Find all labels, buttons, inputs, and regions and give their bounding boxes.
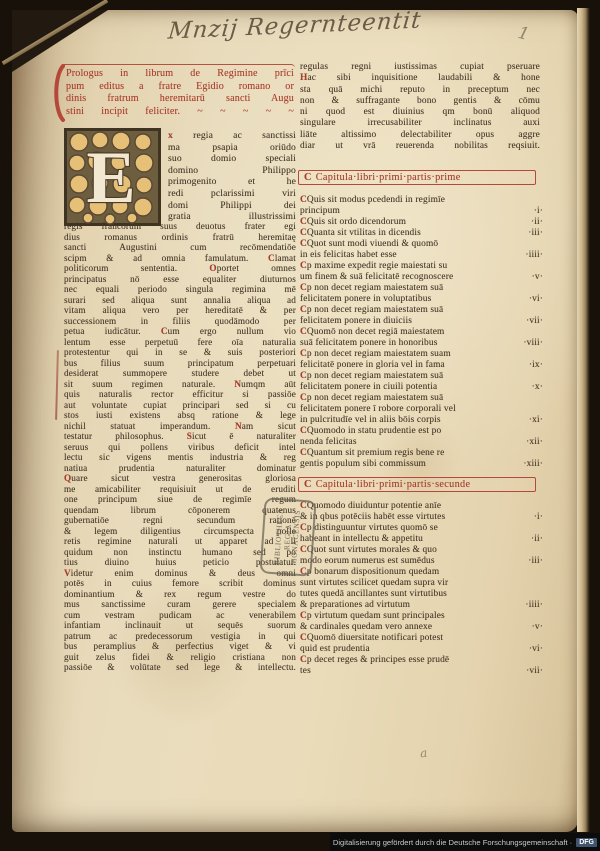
- text-line: Quare sicut vestra generositas gloriosa: [64, 473, 296, 484]
- chapter-entry-line: & preparationes ad virtutum·iiii·: [300, 600, 543, 611]
- chapter-text: Cp distinguuntur virtutes quomō se: [300, 523, 438, 534]
- text-line: lentum esse perpetuū fere oīa naturalia: [64, 337, 296, 348]
- chapter-numeral: ·xii·: [526, 437, 543, 448]
- chapter-entry-line: Cp maxime expedit regie maiestati su: [300, 261, 543, 272]
- page-fore-edge: [577, 8, 590, 832]
- text-line: quis naturalis rector efficitur si passi…: [64, 389, 296, 400]
- chapter-entry-line: felicitatem ponere in diuiciis·vii·: [300, 316, 543, 327]
- text-line: successionem in filiis quodāmodo per: [64, 316, 296, 327]
- chapter-text: gentis populum sibi commissum: [300, 459, 426, 470]
- chapter-text: principum: [300, 206, 340, 217]
- chapter-numeral: ·ii·: [531, 217, 543, 228]
- library-stamp: BIBLIOTHECA REGIA MONACENSIS: [259, 497, 316, 576]
- chapter-text: Cp virtutum quedam sunt principales: [300, 611, 445, 622]
- chapter-numeral: ·ix·: [529, 360, 543, 371]
- chapter-entry-line: & cardinales quedam vero annexe·v·: [300, 622, 543, 633]
- chapter-entry-line: felicitatem ponere in ciuili potentia·x·: [300, 382, 543, 393]
- chapter-entry-line: in eis felicitas habet esse·iiii·: [300, 250, 543, 261]
- chapter-numeral: ·i·: [534, 512, 543, 523]
- text-line: mus sanctissime curam gerere specialem: [64, 599, 296, 610]
- chapter-text: felicitatem ponere in ciuili potentia: [300, 382, 437, 393]
- chapter-list-part-1: CQuis sit modus pcedendi in regimīeprinc…: [300, 195, 543, 470]
- text-line: dinis fratrum heremitarū sancti Augu: [66, 93, 294, 106]
- chapter-text: CQuomō diuersitate notificari potest: [300, 633, 443, 644]
- chapter-entry-line: CQuanta sit vtilitas in dicendis·iii·: [300, 228, 543, 239]
- chapter-entry-line: Cp bonarum dispositionum quedam: [300, 567, 543, 578]
- stamp-line: MONACENSIS: [290, 510, 302, 566]
- chapter-text: tutes quedā ancillantes sunt virtutibus: [300, 589, 447, 600]
- chapter-entry-line: felicitatē ponere in gloria vel in fama·…: [300, 360, 543, 371]
- chapter-text: & in qbus potēciis habēt esse virtutes: [300, 512, 445, 523]
- chapter-text: suā felicitatem ponere in honoribus: [300, 338, 438, 349]
- text-line: bus filius suum principatum perpetuari: [64, 358, 296, 369]
- capitula-heading-1: C Capitula·libri·primi·partis·prime: [298, 170, 536, 185]
- chapter-text: CQuomodo in statu prudentie est po: [300, 426, 441, 437]
- text-line: scipm & ad omnia famulatum. Clamat: [64, 253, 296, 264]
- chapter-numeral: ·xi·: [529, 415, 543, 426]
- chapter-text: CQuomō non decet regiā maiestatem: [300, 327, 445, 338]
- text-line: guit zelus fidei & religio cristiana non: [64, 652, 296, 663]
- chapter-text: CQuis sit ordo dicendorum: [300, 217, 406, 228]
- chapter-text: & cardinales quedam vero annexe: [300, 622, 432, 633]
- initial-letter-glyph: E: [86, 137, 135, 219]
- rubric-bracket-icon: [52, 64, 66, 122]
- chapter-text: um finem & suā felicitatē recognoscere: [300, 272, 453, 283]
- chapter-text: CQuantum sit premium regis bene re: [300, 448, 444, 459]
- chapter-entry-line: CQuomodo diuiduntur potentie anīe: [300, 501, 543, 512]
- chapter-entry-line: habeant in intellectu & appetitu·ii·: [300, 534, 543, 545]
- text-line: me amicabiliter requisiuit ut de eruditi: [64, 484, 296, 495]
- text-line: ni quod est diuinius qm bonū aliquod: [300, 107, 540, 118]
- chapter-entry-line: suā felicitatem ponere in honoribus·viii…: [300, 338, 543, 349]
- text-line: liāte altissimo delectabiliter opus aggr…: [300, 130, 540, 141]
- chapter-text: CQuanta sit vtilitas in dicendis: [300, 228, 421, 239]
- chapter-numeral: ·vii·: [526, 316, 543, 327]
- chapter-entry-line: Cp non decet regiam maiestatem suā: [300, 371, 543, 382]
- text-line: primogenito et he: [168, 176, 296, 188]
- chapter-text: Cp bonarum dispositionum quedam: [300, 567, 439, 578]
- chapter-text: quid est prudentia: [300, 644, 370, 655]
- text-line: domino Philippo: [168, 165, 296, 177]
- text-line: vitam aliqua vero per hereditatē & per: [64, 305, 296, 316]
- text-line: desiderat summopere studere debet ut: [64, 368, 296, 379]
- chapter-entry-line: Cp virtutum quedam sunt principales: [300, 611, 543, 622]
- digitization-credit-text: Digitalisierung gefördert durch die Deut…: [333, 838, 572, 847]
- text-line: one principum siue de regimīe regum: [64, 494, 296, 505]
- text-line: redi pclarissimi viri: [168, 188, 296, 200]
- handwritten-margin-letter: a: [419, 746, 428, 761]
- chapter-text: Cp non decet regiam maiestatem suā: [300, 393, 443, 404]
- chapter-numeral: ·vi·: [529, 294, 543, 305]
- chapter-text: felicitatem ponere ī robore corporali ve…: [300, 404, 456, 415]
- pilcrow-icon: C: [304, 172, 312, 183]
- text-line: ma psapia oriūdo: [168, 142, 296, 154]
- chapter-entry-line: Cp non decet regiam maiestatem suam: [300, 349, 543, 360]
- chapter-entry-line: tes·vii·: [300, 666, 543, 677]
- chapter-text: Cp maxime expedit regie maiestati su: [300, 261, 447, 272]
- chapter-text: Cp non decet regiam maiestatem suā: [300, 371, 443, 382]
- capitula-heading-2-text: Capitula·libri·primi·partis·secunde: [316, 479, 471, 490]
- chapter-numeral: ·viii·: [523, 338, 543, 349]
- text-line: bus peramplius & perfectius viget & vi: [64, 641, 296, 652]
- chapter-entry-line: CQuomodo in statu prudentie est po: [300, 426, 543, 437]
- chapter-entry-line: um finem & suā felicitatē recognoscere·v…: [300, 272, 543, 283]
- chapter-text: in pulcritudīe vel in aliis bōis corpis: [300, 415, 441, 426]
- text-line: cum vestram pudicam ac venerabilem: [64, 610, 296, 621]
- chapter-numeral: ·x·: [532, 382, 543, 393]
- chapter-text: felicitatē ponere in gloria vel in fama: [300, 360, 445, 371]
- chapter-entry-line: CQuantum sit premium regis bene re: [300, 448, 543, 459]
- chapter-numeral: ·iii·: [528, 556, 543, 567]
- chapter-numeral: ·ii·: [531, 534, 543, 545]
- text-line: sit suum regimen naturale. Numqm aūt: [64, 379, 296, 390]
- text-line: nichil statuat imperandum. Nam sicut: [64, 421, 296, 432]
- text-line: stini incipit feliciter. ~ ~ ~ ~ ~: [66, 106, 294, 119]
- text-line: pum editus a fratre Egidio romano or: [66, 81, 294, 94]
- text-line: x regia ac sanctissi: [168, 130, 296, 142]
- text-line: Prologus in librum de Regimine prīci: [66, 68, 294, 81]
- text-line: aut voluntate cupiat principari sed si c…: [64, 400, 296, 411]
- text-line: protestentur qui in se & suis posteriori: [64, 347, 296, 358]
- text-line: potēs in cuius femore scribit dominus: [64, 578, 296, 589]
- chapter-text: Cp decet reges & principes esse prudē: [300, 655, 449, 666]
- chapter-text: habeant in intellectu & appetitu: [300, 534, 423, 545]
- text-line: sta quā michi reputo in preceptum nec: [300, 85, 540, 96]
- capitula-heading-2: C Capitula·libri·primi·partis·secunde: [298, 477, 536, 492]
- chapter-entry-line: principum·i·: [300, 206, 543, 217]
- chapter-text: CQuis sit modus pcedendi in regimīe: [300, 195, 445, 206]
- chapter-entry-line: Cp distinguuntur virtutes quomō se: [300, 523, 543, 534]
- chapter-text: Cp non decet regiam maiestatem suā: [300, 305, 443, 316]
- text-line: infantiam inclinauit ut sequēs suorum: [64, 620, 296, 631]
- text-line: natiua prudentia naturaliter dominatur: [64, 463, 296, 474]
- chapter-entry-line: gentis populum sibi commissum·xiii·: [300, 459, 543, 470]
- text-line: lectu sic vigens mentis industria & reg: [64, 452, 296, 463]
- chapter-entry-line: CQuot sunt modi viuendi & quomō: [300, 239, 543, 250]
- scanned-book-page: Mnzij Regernteentit 1 Prologus in librum…: [0, 0, 600, 851]
- chapter-entry-line: CQuis sit modus pcedendi in regimīe: [300, 195, 543, 206]
- chapter-entry-line: CQuomō diuersitate notificari potest: [300, 633, 543, 644]
- text-line: regulas regni iustissimas cupiat pseruar…: [300, 62, 540, 73]
- text-line: suo domio speciali: [168, 153, 296, 165]
- chapter-entry-line: Cp decet reges & principes esse prudē: [300, 655, 543, 666]
- chapter-numeral: ·i·: [534, 206, 543, 217]
- dfg-logo: DFG: [576, 838, 597, 847]
- text-beside-initial: x regia ac sanctissima psapia oriūdosuo …: [168, 130, 296, 223]
- text-line: singulare irrecusabiliter inclinatus aux…: [300, 118, 540, 129]
- chapter-entry-line: Cp non decet regiam maiestatem suā: [300, 393, 543, 404]
- chapter-numeral: ·vii·: [526, 666, 543, 677]
- capitula-heading-1-text: Capitula·libri·primi·partis·prime: [316, 172, 461, 183]
- chapter-entry-line: modo eorum numerus est sumēdus·iii·: [300, 556, 543, 567]
- chapter-entry-line: Cp non decet regiam maiestatem suā: [300, 305, 543, 316]
- prologue-heading: Prologus in librum de Regimine prīcipum …: [66, 66, 294, 118]
- chapter-text: tes: [300, 666, 311, 677]
- chapter-text: nenda felicitas: [300, 437, 357, 448]
- chapter-text: Cp non decet regiam maiestatem suā: [300, 283, 443, 294]
- chapter-entry-line: sunt virtutes scilicet quedam supra vir: [300, 578, 543, 589]
- text-line: diar ut vrā reuerenda nobilitas reqsiuit…: [300, 141, 540, 152]
- chapter-text: CQuot sunt modi viuendi & quomō: [300, 239, 438, 250]
- chapter-text: CQuot sunt virtutes morales & quo: [300, 545, 437, 556]
- chapter-numeral: ·v·: [532, 272, 543, 283]
- chapter-text: Cp non decet regiam maiestatem suam: [300, 349, 451, 360]
- text-line: Hac sibi inquisitione laudabili & hone: [300, 73, 540, 84]
- digitization-footer: Digitalisierung gefördert durch die Deut…: [330, 833, 600, 851]
- chapter-entry-line: quid est prudentia·vi·: [300, 644, 543, 655]
- text-line: dominantium & rex regum vestre do: [64, 589, 296, 600]
- chapter-text: felicitatem ponere in voluptatibus: [300, 294, 431, 305]
- chapter-entry-line: felicitatem ponere ī robore corporali ve…: [300, 404, 543, 415]
- text-line: patrum ac predecessorum vestigia in qui: [64, 631, 296, 642]
- text-line: domi Philippi dei: [168, 200, 296, 212]
- text-line: quendam librum cōponerem quatenus: [64, 505, 296, 516]
- chapter-entry-line: & in qbus potēciis habēt esse virtutes·i…: [300, 512, 543, 523]
- chapter-text: CQuomodo diuiduntur potentie anīe: [300, 501, 441, 512]
- chapter-entry-line: CQuomō non decet regiā maiestatem: [300, 327, 543, 338]
- text-line: sancti Augustini cum recōmendatiōe: [64, 242, 296, 253]
- left-column-body: regis francorum suus deuotus frater egid…: [64, 221, 296, 673]
- chapter-text: in eis felicitas habet esse: [300, 250, 397, 261]
- text-line: dius romanus ordinis fratrū heremitaę: [64, 232, 296, 243]
- chapter-entry-line: CQuis sit ordo dicendorum·ii·: [300, 217, 543, 228]
- chapter-entry-line: in pulcritudīe vel in aliis bōis corpis·…: [300, 415, 543, 426]
- chapter-numeral: ·iii·: [528, 228, 543, 239]
- chapter-entry-line: CQuot sunt virtutes morales & quo: [300, 545, 543, 556]
- text-line: testatur philosophus. Sicut ē naturalite…: [64, 431, 296, 442]
- chapter-entry-line: Cp non decet regiam maiestatem suā: [300, 283, 543, 294]
- text-line: politicorum sententia. Oportet omnes: [64, 263, 296, 274]
- chapter-numeral: ·iiii·: [525, 600, 543, 611]
- text-line: seruus qui pollens viribus deficit intel: [64, 442, 296, 453]
- chapter-text: & preparationes ad virtutum: [300, 600, 410, 611]
- chapter-numeral: ·xiii·: [523, 459, 543, 470]
- text-line: non & suffragante bono gentis & cōmu: [300, 96, 540, 107]
- pilcrow-icon: C: [304, 479, 312, 490]
- chapter-entry-line: felicitatem ponere in voluptatibus·vi·: [300, 294, 543, 305]
- text-line: petua iudicātur. Cum ergo nullum vio: [64, 326, 296, 337]
- chapter-numeral: ·iiii·: [525, 250, 543, 261]
- chapter-entry-line: nenda felicitas·xii·: [300, 437, 543, 448]
- text-line: surari sed aliqua sunt annalia aliqua ad: [64, 295, 296, 306]
- text-line: nec equali periodo singula regimina mē: [64, 284, 296, 295]
- text-line: stos iusti existens absq ratione & lege: [64, 410, 296, 421]
- chapter-text: sunt virtutes scilicet quedam supra vir: [300, 578, 448, 589]
- text-line: gubernatiōe regni secundum rationē: [64, 515, 296, 526]
- illuminated-initial: E: [64, 128, 161, 226]
- text-line: principatus nō esse equaliter diuturnos: [64, 274, 296, 285]
- chapter-text: modo eorum numerus est sumēdus: [300, 556, 435, 567]
- text-line: passiōe & volūtate sed lege & intellectu…: [64, 662, 296, 673]
- chapter-numeral: ·vi·: [529, 644, 543, 655]
- text-line: regis francorum suus deuotus frater egi: [64, 221, 296, 232]
- chapter-entry-line: tutes quedā ancillantes sunt virtutibus: [300, 589, 543, 600]
- right-column-intro: regulas regni iustissimas cupiat pseruar…: [300, 62, 540, 152]
- chapter-numeral: ·v·: [532, 622, 543, 633]
- chapter-list-part-2: CQuomodo diuiduntur potentie anīe& in qb…: [300, 501, 543, 677]
- chapter-text: felicitatem ponere in diuiciis: [300, 316, 412, 327]
